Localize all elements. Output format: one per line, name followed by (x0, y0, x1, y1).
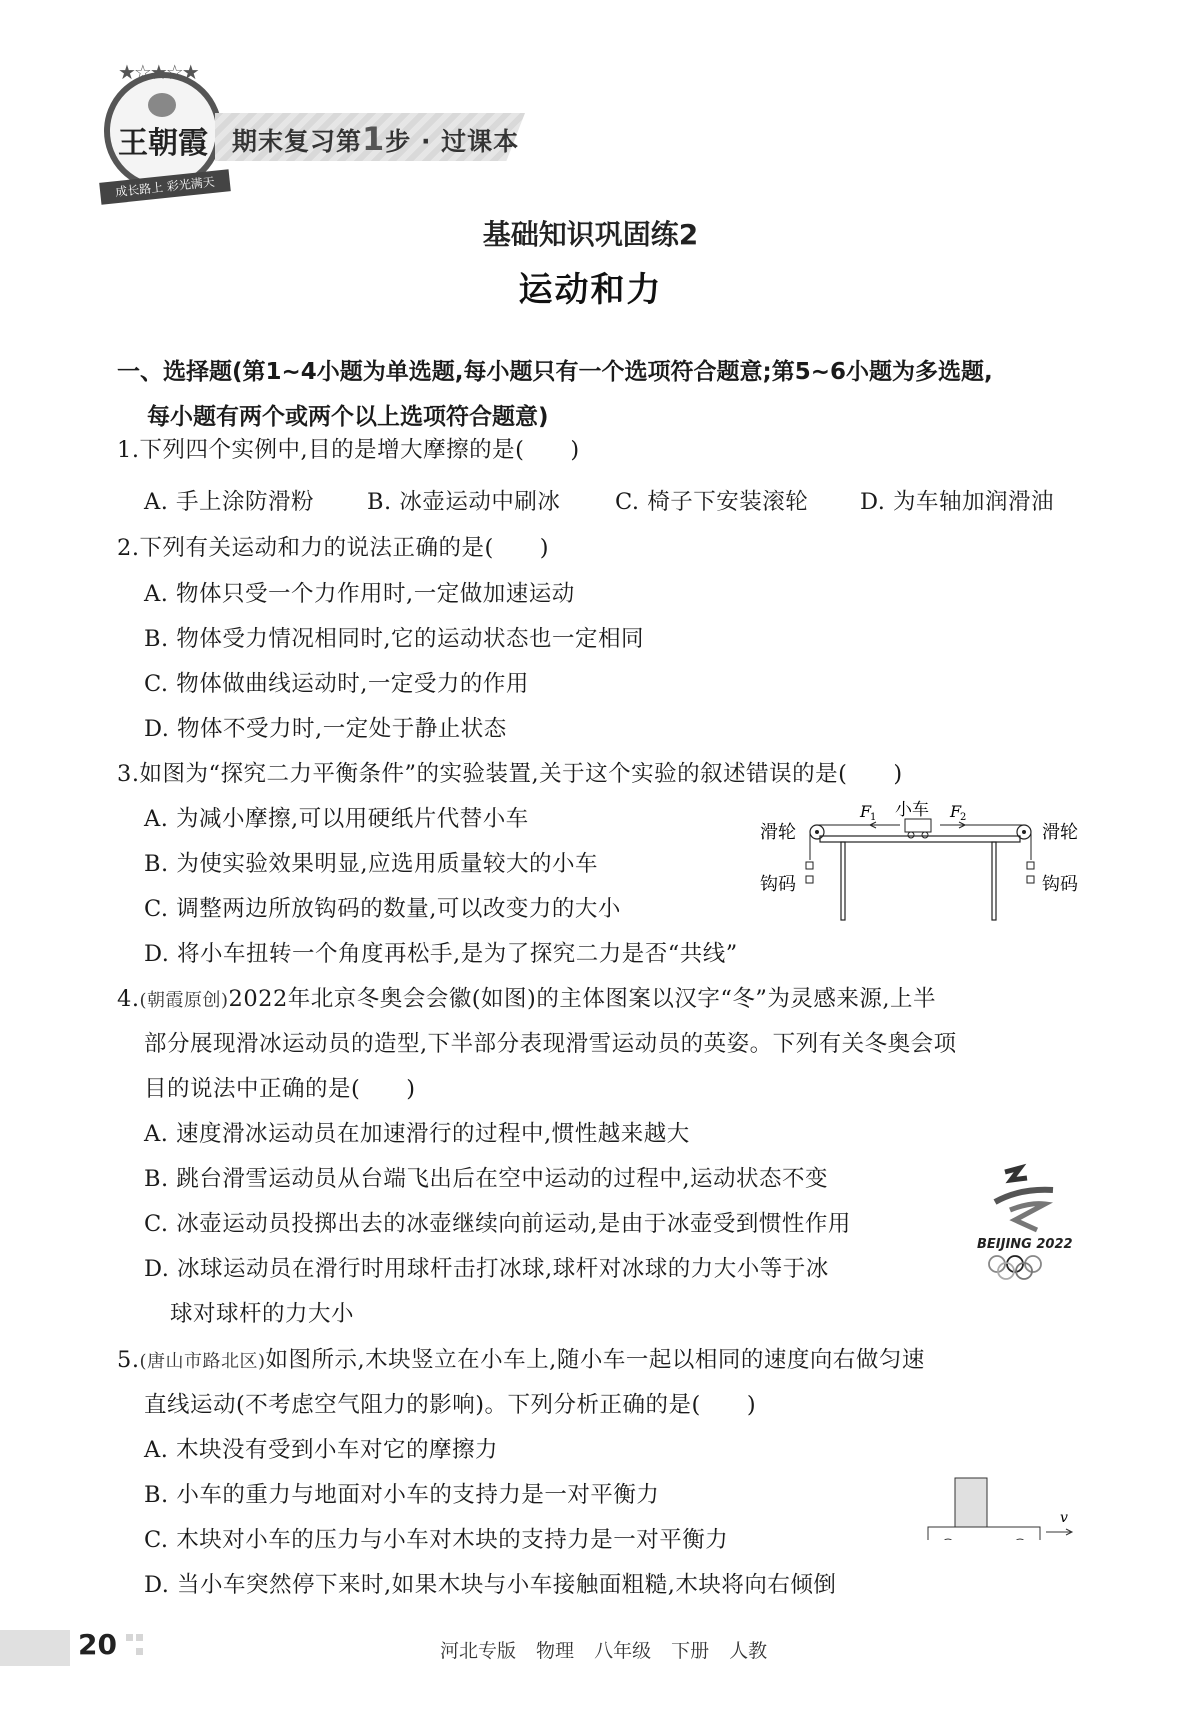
emblem-text: BEIJING 2022 (977, 1237, 1073, 1252)
footer-deco (126, 1634, 133, 1641)
q4-option-d-cont: 球对球杆的力大小 (170, 1296, 354, 1328)
q4-option-b: B. 跳台滑雪运动员从台端飞出后在空中运动的过程中,运动状态不变 (144, 1161, 828, 1193)
q1-option-d: D. 为车轴加润滑油 (860, 484, 1054, 516)
footer-deco (136, 1648, 143, 1655)
q2-option-c: C. 物体做曲线运动时,一定受力的作用 (144, 666, 529, 698)
exercise-subtitle: 基础知识巩固练2 (0, 213, 1181, 253)
q1-option-a: A. 手上涂防滑粉 (144, 484, 314, 516)
q2-option-b: B. 物体受力情况相同时,它的运动状态也一定相同 (144, 621, 644, 653)
series-title-post: 步 · 过课本 (385, 127, 519, 156)
portrait-icon (148, 93, 176, 117)
q2-option-a: A. 物体只受一个力作用时,一定做加速运动 (144, 576, 575, 608)
cart-label: 小车 (895, 800, 929, 820)
question-number: 4. (117, 986, 139, 1012)
chapter-title: 运动和力 (0, 262, 1181, 311)
footer-bar (0, 1630, 70, 1666)
question-number: 1. (117, 437, 139, 463)
velocity-label: v (1060, 1510, 1068, 1526)
q5-option-d: D. 当小车突然停下来时,如果木块与小车接触面粗糙,木块将向右倾倒 (144, 1567, 836, 1599)
weights-right-label: 钩码 (1042, 874, 1078, 895)
section-heading: 一、选择题(第1~4小题为单选题,每小题只有一个选项符合题意;第5~6小题为多选… (117, 350, 1077, 440)
q4-option-a: A. 速度滑冰运动员在加速滑行的过程中,惯性越来越大 (144, 1116, 690, 1148)
q3-option-c: C. 调整两边所放钩码的数量,可以改变力的大小 (144, 891, 621, 923)
footer-book-info: 河北专版 物理 八年级 下册 人教 (440, 1636, 767, 1663)
pulley-left-label: 滑轮 (760, 822, 796, 843)
equilibrium-apparatus-figure: 滑轮 滑轮 小车 F1 F2 钩码 钩码 (760, 800, 1080, 925)
pulley-right-label: 滑轮 (1042, 822, 1078, 843)
question-number: 5. (117, 1347, 139, 1373)
q3-option-a: A. 为减小摩擦,可以用硬纸片代替小车 (144, 801, 529, 833)
question-2-stem: 2.下列有关运动和力的说法正确的是( ) (117, 530, 549, 562)
question-number: 3. (117, 761, 139, 787)
question-text: 下列有关运动和力的说法正确的是( ) (139, 535, 549, 561)
cart-block-figure: v (920, 1470, 1080, 1540)
q4-option-c: C. 冰壶运动员投掷出去的冰壶继续向前运动,是由于冰壶受到惯性作用 (144, 1206, 851, 1238)
svg-text:1: 1 (870, 812, 876, 823)
q2-option-d: D. 物体不受力时,一定处于静止状态 (144, 711, 507, 743)
footer-deco (136, 1634, 143, 1641)
question-text: 2022年北京冬奥会会徽(如图)的主体图案以汉字“冬”为灵感来源,上半 (229, 986, 936, 1012)
q5-option-a: A. 木块没有受到小车对它的摩擦力 (144, 1432, 498, 1464)
section-heading-line1: 一、选择题(第1~4小题为单选题,每小题只有一个选项符合题意;第5~6小题为多选… (117, 359, 993, 385)
q1-option-c: C. 椅子下安装滚轮 (615, 484, 808, 516)
question-4-stem-line3: 目的说法中正确的是( ) (144, 1071, 416, 1103)
series-title: 期末复习第1步 · 过课本 (232, 120, 519, 158)
question-4-stem-line2: 部分展现滑冰运动员的造型,下半部分表现滑雪运动员的英姿。下列有关冬奥会项 (144, 1026, 957, 1058)
question-1-stem: 1.下列四个实例中,目的是增大摩擦的是( ) (117, 432, 580, 464)
star-icons: ★☆★☆★ (118, 60, 198, 84)
question-5-stem: 5.(唐山市路北区)如图所示,木块竖立在小车上,随小车一起以相同的速度向右做匀速 (117, 1342, 925, 1374)
question-3-stem: 3.如图为“探究二力平衡条件”的实验装置,关于这个实验的叙述错误的是( ) (117, 756, 903, 788)
question-4-stem: 4.(朝霞原创)2022年北京冬奥会会徽(如图)的主体图案以汉字“冬”为灵感来源… (117, 981, 936, 1013)
beijing-2022-emblem: BEIJING 2022 (975, 1160, 1075, 1280)
weights-left-label: 钩码 (760, 874, 796, 895)
q4-option-d: D. 冰球运动员在滑行时用球杆击打冰球,球杆对冰球的力大小等于冰 (144, 1251, 829, 1283)
series-title-pre: 期末复习第 (232, 127, 362, 156)
q5-option-b: B. 小车的重力与地面对小车的支持力是一对平衡力 (144, 1477, 659, 1509)
question-source: (唐山市路北区) (139, 1351, 265, 1372)
svg-text:2: 2 (960, 812, 966, 823)
question-5-stem-line2: 直线运动(不考虑空气阻力的影响)。下列分析正确的是( ) (144, 1387, 756, 1419)
question-number: 2. (117, 535, 139, 561)
question-text: 如图为“探究二力平衡条件”的实验装置,关于这个实验的叙述错误的是( ) (139, 761, 902, 787)
q3-option-b: B. 为使实验效果明显,应选用质量较大的小车 (144, 846, 598, 878)
question-text: 如图所示,木块竖立在小车上,随小车一起以相同的速度向右做匀速 (266, 1347, 925, 1373)
logo-text: 王朝霞 (118, 118, 208, 162)
q3-option-d: D. 将小车扭转一个角度再松手,是为了探究二力是否“共线” (144, 936, 738, 968)
series-title-num: 1 (362, 120, 385, 158)
q1-option-b: B. 冰壶运动中刷冰 (367, 484, 560, 516)
q5-option-c: C. 木块对小车的压力与小车对木块的支持力是一对平衡力 (144, 1522, 728, 1554)
page-number: 20 (78, 1628, 117, 1661)
question-source: (朝霞原创) (139, 990, 228, 1011)
question-text: 下列四个实例中,目的是增大摩擦的是( ) (139, 437, 579, 463)
